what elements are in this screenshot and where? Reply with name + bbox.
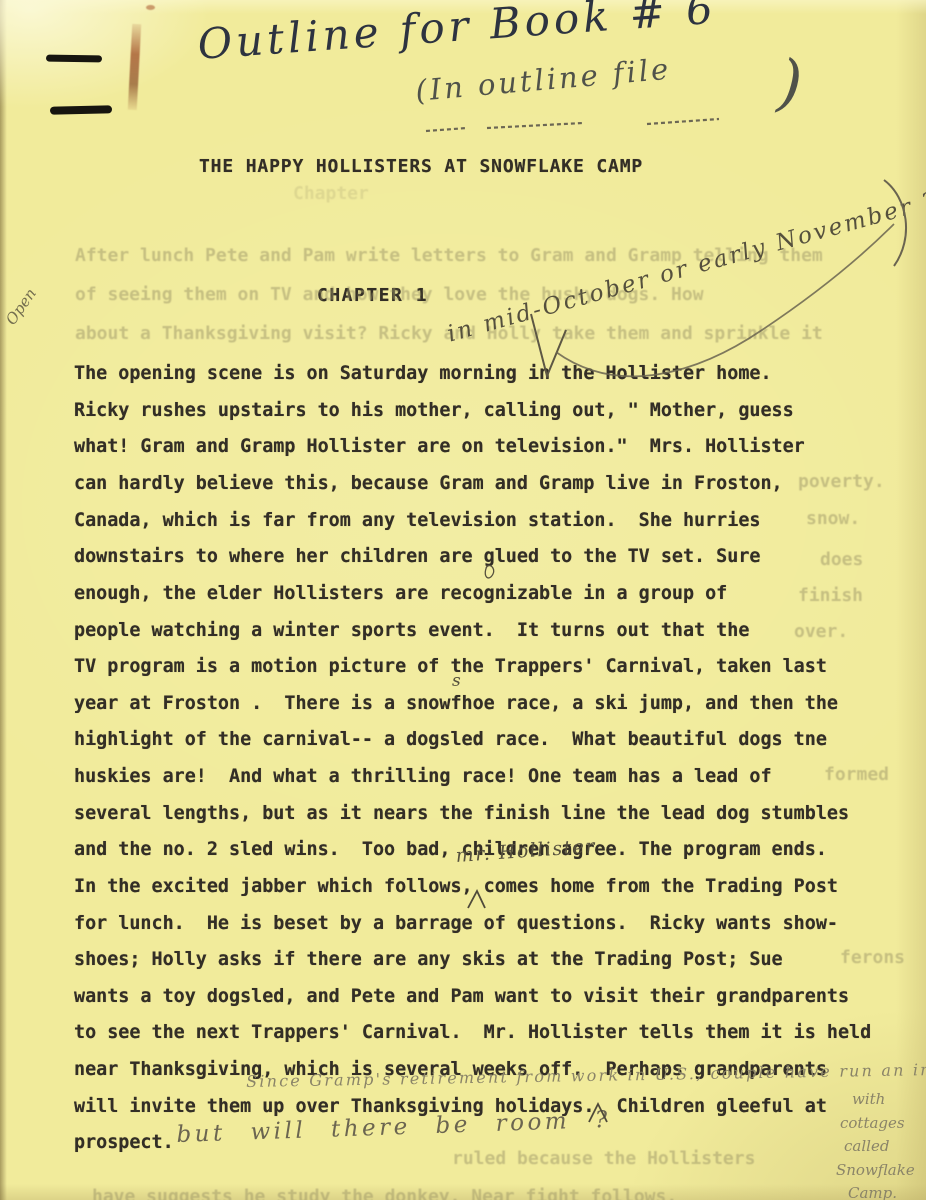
typed-line: Ricky rushes upstairs to his mother, cal… — [74, 400, 794, 421]
typed-line: TV program is a motion picture of the Tr… — [74, 656, 827, 677]
typed-line: The opening scene is on Saturday morning… — [74, 363, 772, 384]
margin-note-stack: with cottages called Snowflake Camp. — [836, 1090, 924, 1200]
typed-line: year at Froston . There is a snowfhoe ra… — [74, 693, 838, 714]
ghost-fragment: ruled because the Hollisters — [452, 1148, 755, 1169]
subtitle-underline-in — [426, 128, 467, 131]
snowshoe-correction-annotation: s — [452, 671, 461, 691]
ghost-fragment: ferons — [840, 947, 905, 968]
typed-line: Canada, which is far from any television… — [74, 510, 760, 531]
typed-line: wants a toy dogsled, and Pete and Pam wa… — [74, 986, 849, 1007]
typed-line: and the no. 2 sled wins. Too bad, childr… — [74, 839, 827, 860]
ghost-fragment: poverty. — [798, 471, 885, 492]
subtitle-underline-file — [647, 119, 719, 124]
typed-line: shoes; Holly asks if there are any skis … — [74, 949, 783, 970]
typed-line: people watching a winter sports event. I… — [74, 620, 749, 641]
subtitle-closing-paren: ) — [775, 45, 804, 120]
glued-correction-loop — [485, 566, 493, 578]
ghost-fragment: have suggests he study the donkey. Near … — [92, 1186, 677, 1200]
margin-note-line: called — [844, 1137, 926, 1161]
ghost-fragment: snow. — [806, 508, 860, 529]
margin-note-line: Camp. — [848, 1184, 926, 1200]
margin-note-line: with — [852, 1090, 926, 1114]
ghost-fragment: does — [820, 549, 863, 570]
typed-line: enough, the elder Hollisters are recogni… — [74, 583, 727, 604]
typed-line: huskies are! And what a thrilling race! … — [74, 766, 772, 787]
typed-line: to see the next Trappers' Carnival. Mr. … — [74, 1022, 871, 1043]
typed-line: can hardly believe this, because Gram an… — [74, 473, 783, 494]
typed-title: THE HAPPY HOLLISTERS AT SNOWFLAKE CAMP — [199, 156, 643, 177]
typed-line: for lunch. He is beset by a barrage of q… — [74, 913, 838, 934]
typed-line: prospect. — [74, 1132, 174, 1153]
ink-dash-mark-bottom — [50, 105, 112, 114]
red-stain-streak — [128, 24, 141, 110]
typed-line: In the excited jabber which follows, com… — [74, 876, 838, 897]
typed-line: what! Gram and Gramp Hollister are on te… — [74, 436, 805, 457]
margin-note-open: Open — [2, 285, 40, 328]
handwritten-subtitle: (In outline file — [414, 52, 673, 108]
ghost-fragment: finish — [798, 585, 863, 606]
typed-line: highlight of the carnival-- a dogsled ra… — [74, 729, 827, 750]
margin-note-line: cottages — [840, 1114, 926, 1138]
typed-line: downstairs to where her children are glu… — [74, 546, 760, 567]
ink-dash-mark-top — [46, 55, 102, 63]
ghost-fragment: over. — [794, 621, 848, 642]
typed-line: several lengths, but as it nears the fin… — [74, 803, 849, 824]
margin-note-line: Snowflake — [836, 1161, 924, 1185]
manuscript-page: Outline for Book # 6 (In outline file ) … — [0, 0, 926, 1200]
ghost-fragment: formed — [824, 764, 889, 785]
subtitle-underline-outline — [487, 123, 583, 128]
ghost-fragment: Chapter — [293, 183, 369, 204]
red-stain-dot — [146, 5, 155, 10]
